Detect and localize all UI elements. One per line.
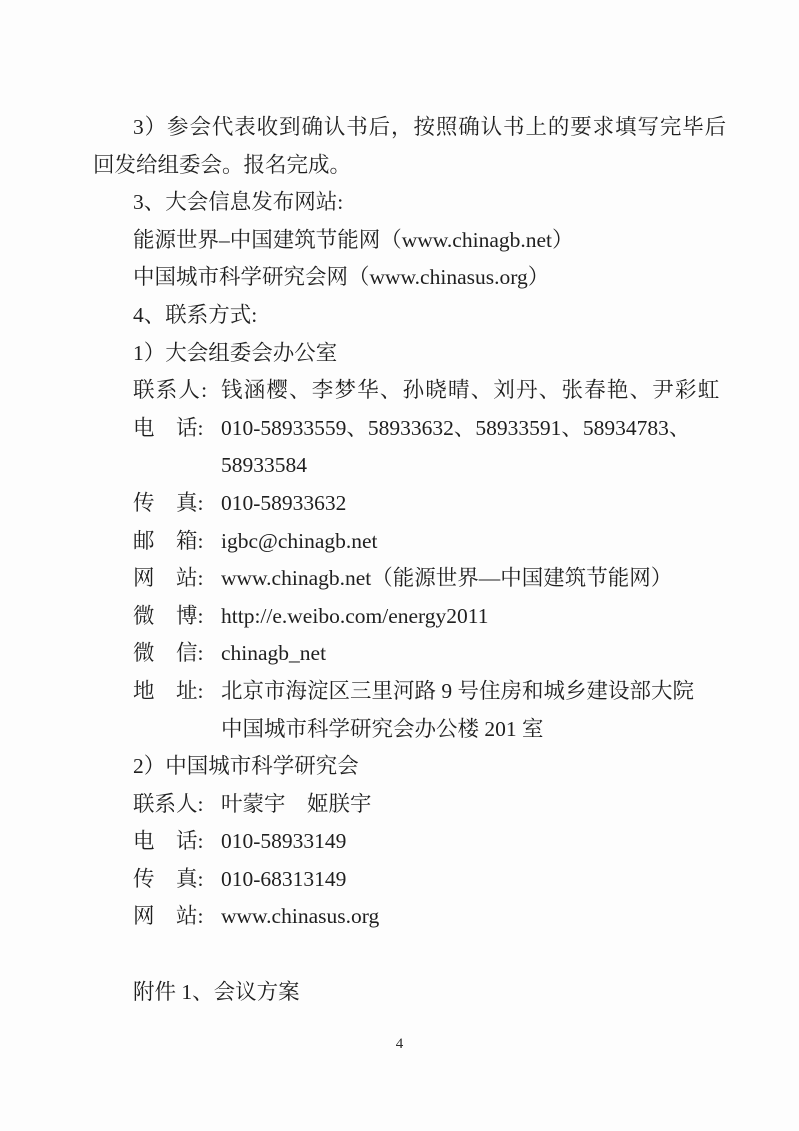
office2-phone-value: 010-58933149 [221, 829, 346, 853]
paragraph-step3-line1: 3）参会代表收到确认书后，按照确认书上的要求填写完毕后 [93, 109, 738, 147]
office2-website-label: 网 站: [133, 898, 221, 936]
office2-fax-value: 010-68313149 [221, 867, 346, 891]
document-page: 3）参会代表收到确认书后，按照确认书上的要求填写完毕后 回发给组委会。报名完成。… [0, 0, 799, 1131]
office1-contacts-row: 联系人:钱涵樱、李梦华、孙晓晴、刘丹、张春艳、尹彩虹 [93, 372, 738, 410]
office1-weibo-label: 微 博: [133, 598, 221, 636]
blank-line [93, 936, 738, 974]
office1-wechat-label: 微 信: [133, 635, 221, 673]
office1-website-label: 网 站: [133, 560, 221, 598]
office1-title: 1）大会组委会办公室 [93, 335, 738, 373]
attachment-note: 附件 1、会议方案 [93, 974, 738, 1012]
office1-address-value-line2: 中国城市科学研究会办公楼 201 室 [93, 711, 738, 749]
conference-website-1: 能源世界–中国建筑节能网（www.chinagb.net） [93, 222, 738, 260]
office2-contacts-label: 联系人: [133, 786, 221, 824]
office1-contacts-label: 联系人: [133, 372, 221, 410]
office2-fax-row: 传 真:010-68313149 [93, 861, 738, 899]
office1-address-label: 地 址: [133, 673, 221, 711]
office1-phone-row: 电 话:010-58933559、58933632、58933591、58934… [93, 410, 738, 448]
office1-wechat-value: chinagb_net [221, 641, 326, 665]
office2-fax-label: 传 真: [133, 861, 221, 899]
office1-contacts-value: 钱涵樱、李梦华、孙晓晴、刘丹、张春艳、尹彩虹 [221, 378, 720, 402]
office2-website-value: www.chinasus.org [221, 904, 379, 928]
office2-phone-row: 电 话:010-58933149 [93, 823, 738, 861]
office1-fax-row: 传 真:010-58933632 [93, 485, 738, 523]
office1-email-value: igbc@chinagb.net [221, 529, 378, 553]
document-body: 3）参会代表收到确认书后，按照确认书上的要求填写完毕后 回发给组委会。报名完成。… [93, 109, 738, 1011]
paragraph-step3-line2: 回发给组委会。报名完成。 [93, 147, 738, 185]
office2-phone-label: 电 话: [133, 823, 221, 861]
office1-email-row: 邮 箱:igbc@chinagb.net [93, 523, 738, 561]
office1-phone-label: 电 话: [133, 410, 221, 448]
office2-contacts-value: 叶蒙宇 姬朕宇 [221, 792, 372, 816]
office1-email-label: 邮 箱: [133, 523, 221, 561]
office2-website-row: 网 站:www.chinasus.org [93, 898, 738, 936]
office1-wechat-row: 微 信:chinagb_net [93, 635, 738, 673]
conference-website-2: 中国城市科学研究会网（www.chinasus.org） [93, 259, 738, 297]
office1-weibo-row: 微 博:http://e.weibo.com/energy2011 [93, 598, 738, 636]
office1-address-value-line1: 北京市海淀区三里河路 9 号住房和城乡建设部大院 [221, 679, 694, 703]
office1-address-row: 地 址:北京市海淀区三里河路 9 号住房和城乡建设部大院 [93, 673, 738, 711]
office2-title: 2）中国城市科学研究会 [93, 748, 738, 786]
office1-fax-label: 传 真: [133, 485, 221, 523]
office1-phone-value-line1: 010-58933559、58933632、58933591、58934783、 [221, 416, 690, 440]
office2-contacts-row: 联系人:叶蒙宇 姬朕宇 [93, 786, 738, 824]
page-footer: 4 [0, 1036, 799, 1053]
office1-fax-value: 010-58933632 [221, 491, 346, 515]
section4-heading: 4、联系方式: [93, 297, 738, 335]
page-number: 4 [396, 1036, 404, 1052]
office1-website-row: 网 站:www.chinagb.net（能源世界—中国建筑节能网） [93, 560, 738, 598]
office1-weibo-value: http://e.weibo.com/energy2011 [221, 604, 489, 628]
office1-phone-value-line2: 58933584 [93, 447, 738, 485]
office1-website-value: www.chinagb.net（能源世界—中国建筑节能网） [221, 566, 672, 590]
section3-heading: 3、大会信息发布网站: [93, 184, 738, 222]
